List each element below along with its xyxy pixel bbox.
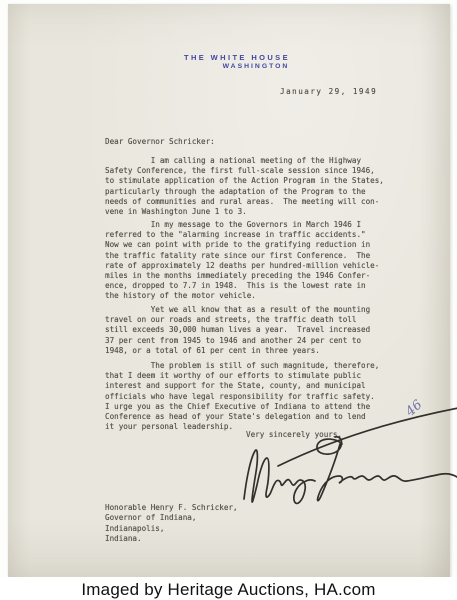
body-line: Now we can point with pride to the grati… <box>105 240 379 250</box>
letter-photo-page: THE WHITE HOUSE WASHINGTON January 29, 1… <box>0 0 457 600</box>
body-line: Yet we all know that as a result of the … <box>105 305 370 315</box>
watermark-bar: Imaged by Heritage Auctions, HA.com <box>0 577 457 600</box>
body-line: I am calling a national meeting of the H… <box>105 156 384 166</box>
paragraph-2: In my message to the Governors in March … <box>105 220 379 302</box>
body-line: needs of communities and rural areas. Th… <box>105 197 384 207</box>
paragraph-1: I am calling a national meeting of the H… <box>105 156 384 217</box>
letter-paper: THE WHITE HOUSE WASHINGTON January 29, 1… <box>8 4 450 577</box>
paragraph-3: Yet we all know that as a result of the … <box>105 305 370 356</box>
truman-signature <box>236 404 457 514</box>
body-line: Governor of Indiana, <box>105 513 238 523</box>
recipient-address-block: Honorable Henry F. Schricker,Governor of… <box>105 503 238 545</box>
body-line: The problem is still of such magnitude, … <box>105 361 379 371</box>
salutation: Dear Governor Schricker: <box>105 137 215 146</box>
letterhead-line1: THE WHITE HOUSE <box>183 53 291 62</box>
signature-stroke-h-arry <box>244 450 315 503</box>
body-line: officials who have legal responsibility … <box>105 392 379 402</box>
body-line: the history of the motor vehicle. <box>105 291 379 301</box>
body-line: In my message to the Governors in March … <box>105 220 379 230</box>
watermark-text: Imaged by Heritage Auctions, HA.com <box>81 578 375 600</box>
body-line: that I deem it worthy of our efforts to … <box>105 371 379 381</box>
letterhead-line2: WASHINGTON <box>221 63 291 70</box>
body-line: Safety Conference, the first full-scale … <box>105 166 384 176</box>
body-line: referred to the "alarming increase in tr… <box>105 230 379 240</box>
body-line: Indiana. <box>105 534 238 544</box>
body-line: miles in the months immediately precedin… <box>105 271 379 281</box>
body-line: particularly through the adaptation of t… <box>105 187 384 197</box>
body-line: vene in Washington June 1 to 3. <box>105 207 384 217</box>
body-line: the traffic fatality rate since our firs… <box>105 251 379 261</box>
body-line: 1948, or a total of 61 per cent in three… <box>105 346 370 356</box>
body-line: interest and support for the State, coun… <box>105 381 379 391</box>
body-line: Honorable Henry F. Schricker, <box>105 503 238 513</box>
body-line: still exceeds 30,000 human lives a year.… <box>105 325 370 335</box>
body-line: travel on our roads and streets, the tra… <box>105 315 370 325</box>
body-line: Indianapolis, <box>105 524 238 534</box>
body-line: ence, dropped to 7.7 in 1948. This is th… <box>105 281 379 291</box>
signature-stroke-t-ruman <box>317 437 457 501</box>
body-line: to stimulate application of the Action P… <box>105 176 384 186</box>
body-line: rate of approximately 12 deaths per hund… <box>105 261 379 271</box>
signature-stroke-crossbar <box>278 408 457 466</box>
letter-date: January 29, 1949 <box>280 87 377 96</box>
body-line: 37 per cent from 1945 to 1946 and anothe… <box>105 336 370 346</box>
